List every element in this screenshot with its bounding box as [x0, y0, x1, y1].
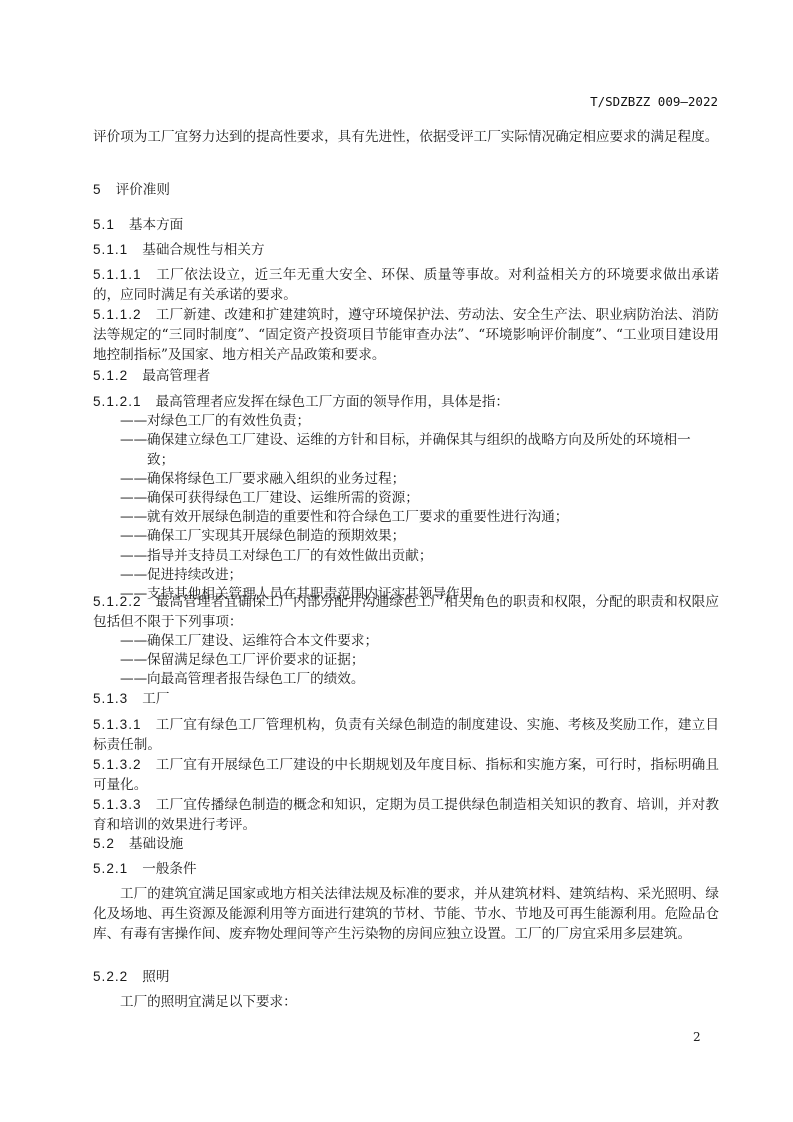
clause-5-1-3-2: 5.1.3.2工厂宜有开展绿色工厂建设的中长期规划及年度目标、指标和实施方案，可… — [93, 755, 719, 795]
list-item: ——促进持续改进； — [93, 566, 719, 585]
paragraph-5-2-1: 工厂的建筑宜满足国家或地方相关法律法规及标准的要求，并从建筑材料、建筑结构、采光… — [93, 884, 719, 944]
section-5-1-heading: 5.1基本方面 — [93, 215, 183, 235]
list-item: ——向最高管理者报告绿色工厂的绩效。 — [93, 670, 719, 689]
clauses-5-1-1: 5.1.1.1工厂依法设立，近三年无重大安全、环保、质量等事故。对利益相关方的环… — [93, 265, 719, 365]
list-item: ——对绿色工厂的有效性负责； — [93, 412, 719, 431]
section-5-2-2-heading: 5.2.2照明 — [93, 967, 169, 987]
paragraph-5-2-2: 工厂的照明宜满足以下要求： — [93, 992, 719, 1012]
section-5-1-1-heading: 5.1.1基础合规性与相关方 — [93, 240, 265, 260]
section-5-heading: 5评价准则 — [93, 180, 170, 200]
clause-5-1-2-1: 5.1.2.1最高管理者应发挥在绿色工厂方面的领导作用，具体是指： ——对绿色工… — [93, 392, 719, 604]
clause-5-1-3-3: 5.1.3.3工厂宜传播绿色制造的概念和知识，定期为员工提供绿色制造相关知识的教… — [93, 795, 719, 835]
section-5-1-3-heading: 5.1.3工厂 — [93, 689, 169, 709]
list-item: ——保留满足绿色工厂评价要求的证据； — [93, 651, 719, 670]
section-5-2-heading: 5.2基础设施 — [93, 834, 183, 854]
clause-5-1-3-1: 5.1.3.1工厂宜有绿色工厂管理机构，负责有关绿色制造的制度建设、实施、考核及… — [93, 715, 719, 755]
intro-paragraph: 评价项为工厂宜努力达到的提高性要求，具有先进性，依据受评工厂实际情况确定相应要求… — [93, 127, 719, 147]
list-item: ——指导并支持员工对绿色工厂的有效性做出贡献； — [93, 547, 719, 566]
document-code: T/SDZBZZ 009—2022 — [590, 94, 718, 109]
clauses-5-1-3: 5.1.3.1工厂宜有绿色工厂管理机构，负责有关绿色制造的制度建设、实施、考核及… — [93, 715, 719, 835]
list-item: ——确保将绿色工厂要求融入组织的业务过程； — [93, 470, 719, 489]
list-item: ——确保可获得绿色工厂建设、运维所需的资源； — [93, 489, 719, 508]
list-item: ——就有效开展绿色制造的重要性和符合绿色工厂要求的重要性进行沟通； — [93, 508, 719, 527]
clause-5-1-2-2: 5.1.2.2最高管理者宜确保工厂内部分配并沟通绿色工厂相关角色的职责和权限，分… — [93, 592, 719, 690]
page-number: 2 — [693, 1030, 701, 1044]
list-item: ——确保工厂实现其开展绿色制造的预期效果； — [93, 527, 719, 546]
section-5-1-2-heading: 5.1.2最高管理者 — [93, 366, 210, 386]
document-page: T/SDZBZZ 009—2022 评价项为工厂宜努力达到的提高性要求，具有先进… — [0, 0, 793, 1122]
list-item: ——确保建立绿色工厂建设、运维的方针和目标，并确保其与组织的战略方向及所处的环境… — [93, 431, 719, 469]
section-5-2-1-heading: 5.2.1一般条件 — [93, 859, 197, 879]
list-item: ——确保工厂建设、运维符合本文件要求； — [93, 632, 719, 651]
clause-5-1-1-1: 5.1.1.1工厂依法设立，近三年无重大安全、环保、质量等事故。对利益相关方的环… — [93, 265, 719, 305]
clause-5-1-1-2: 5.1.1.2工厂新建、改建和扩建建筑时，遵守环境保护法、劳动法、安全生产法、职… — [93, 305, 719, 365]
